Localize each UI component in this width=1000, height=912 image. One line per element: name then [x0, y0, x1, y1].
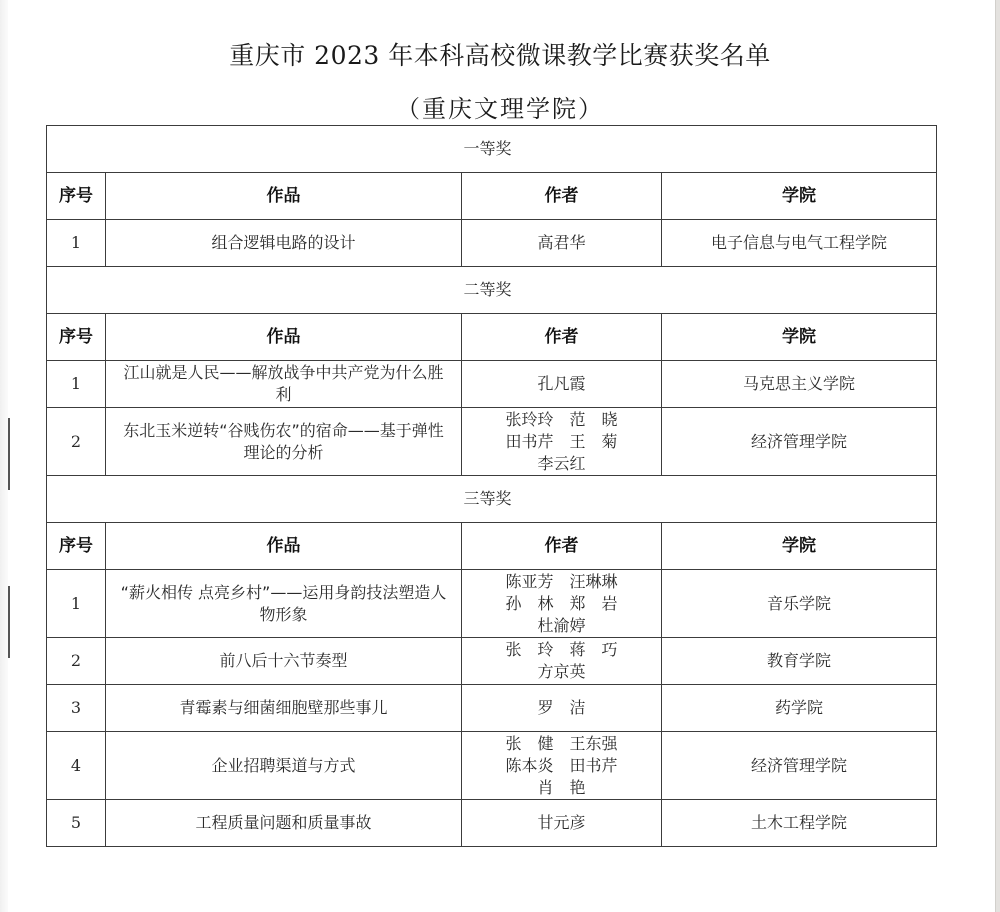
table-row: 4 企业招聘渠道与方式 张 健 王东强 陈本炎 田书芹 肖 艳 经济管理学院 — [47, 732, 937, 800]
row-college: 教育学院 — [662, 638, 937, 685]
row-work: 工程质量问题和质量事故 — [106, 800, 462, 847]
table-row: 2 东北玉米逆转“谷贱伤农”的宿命——基于弹性理论的分析 张玲玲 范 晓 田书芹… — [47, 408, 937, 476]
table-row: 3 青霉素与细菌细胞壁那些事儿 罗 洁 药学院 — [47, 685, 937, 732]
change-bar-mark — [8, 418, 10, 490]
column-header-author: 作者 — [462, 173, 662, 220]
column-header-row: 序号 作品 作者 学院 — [47, 173, 937, 220]
column-header-work: 作品 — [106, 173, 462, 220]
row-index: 2 — [47, 408, 106, 476]
row-author: 罗 洁 — [462, 685, 662, 732]
section-header-second-prize: 二等奖 — [47, 267, 937, 314]
row-work: 企业招聘渠道与方式 — [106, 732, 462, 800]
column-header-index: 序号 — [47, 173, 106, 220]
column-header-work: 作品 — [106, 314, 462, 361]
row-work: 江山就是人民——解放战争中共产党为什么胜利 — [106, 361, 462, 408]
row-author: 陈亚芳 汪琳琳 孙 林 郑 岩 杜渝婷 — [462, 570, 662, 638]
row-author: 张 玲 蒋 巧 方京英 — [462, 638, 662, 685]
column-header-college: 学院 — [662, 173, 937, 220]
column-header-author: 作者 — [462, 314, 662, 361]
row-index: 1 — [47, 570, 106, 638]
section-label: 三等奖 — [47, 476, 937, 523]
row-author: 高君华 — [462, 220, 662, 267]
column-header-college: 学院 — [662, 523, 937, 570]
row-work: 东北玉米逆转“谷贱伤农”的宿命——基于弹性理论的分析 — [106, 408, 462, 476]
table-row: 1 组合逻辑电路的设计 高君华 电子信息与电气工程学院 — [47, 220, 937, 267]
scrollbar[interactable] — [995, 0, 1000, 912]
row-index: 5 — [47, 800, 106, 847]
document-title: 重庆市 2023 年本科高校微课教学比赛获奖名单 — [0, 36, 1000, 72]
row-work: 前八后十六节奏型 — [106, 638, 462, 685]
table-row: 2 前八后十六节奏型 张 玲 蒋 巧 方京英 教育学院 — [47, 638, 937, 685]
document-subtitle: （重庆文理学院） — [0, 89, 1000, 124]
row-college: 土木工程学院 — [662, 800, 937, 847]
row-college: 电子信息与电气工程学院 — [662, 220, 937, 267]
section-header-third-prize: 三等奖 — [47, 476, 937, 523]
column-header-index: 序号 — [47, 523, 106, 570]
column-header-college: 学院 — [662, 314, 937, 361]
row-index: 3 — [47, 685, 106, 732]
row-college: 马克思主义学院 — [662, 361, 937, 408]
column-header-row: 序号 作品 作者 学院 — [47, 523, 937, 570]
row-author: 孔凡霞 — [462, 361, 662, 408]
row-college: 经济管理学院 — [662, 408, 937, 476]
section-label: 一等奖 — [47, 126, 937, 173]
row-index: 1 — [47, 361, 106, 408]
row-author: 张 健 王东强 陈本炎 田书芹 肖 艳 — [462, 732, 662, 800]
row-college: 经济管理学院 — [662, 732, 937, 800]
row-college: 药学院 — [662, 685, 937, 732]
row-index: 4 — [47, 732, 106, 800]
award-table: 一等奖 序号 作品 作者 学院 1 组合逻辑电路的设计 高君华 电子信息与电气工… — [46, 125, 937, 847]
section-label: 二等奖 — [47, 267, 937, 314]
column-header-index: 序号 — [47, 314, 106, 361]
row-work: 组合逻辑电路的设计 — [106, 220, 462, 267]
column-header-work: 作品 — [106, 523, 462, 570]
column-header-row: 序号 作品 作者 学院 — [47, 314, 937, 361]
column-header-author: 作者 — [462, 523, 662, 570]
table-row: 5 工程质量问题和质量事故 甘元彦 土木工程学院 — [47, 800, 937, 847]
table-row: 1 “薪火相传 点亮乡村”——运用身韵技法塑造人物形象 陈亚芳 汪琳琳 孙 林 … — [47, 570, 937, 638]
row-work: 青霉素与细菌细胞壁那些事儿 — [106, 685, 462, 732]
page-left-edge — [0, 0, 8, 912]
row-college: 音乐学院 — [662, 570, 937, 638]
row-author: 张玲玲 范 晓 田书芹 王 菊 李云红 — [462, 408, 662, 476]
row-author: 甘元彦 — [462, 800, 662, 847]
section-header-first-prize: 一等奖 — [47, 126, 937, 173]
row-index: 1 — [47, 220, 106, 267]
table-row: 1 江山就是人民——解放战争中共产党为什么胜利 孔凡霞 马克思主义学院 — [47, 361, 937, 408]
row-index: 2 — [47, 638, 106, 685]
row-work: “薪火相传 点亮乡村”——运用身韵技法塑造人物形象 — [106, 570, 462, 638]
change-bar-mark — [8, 586, 10, 658]
